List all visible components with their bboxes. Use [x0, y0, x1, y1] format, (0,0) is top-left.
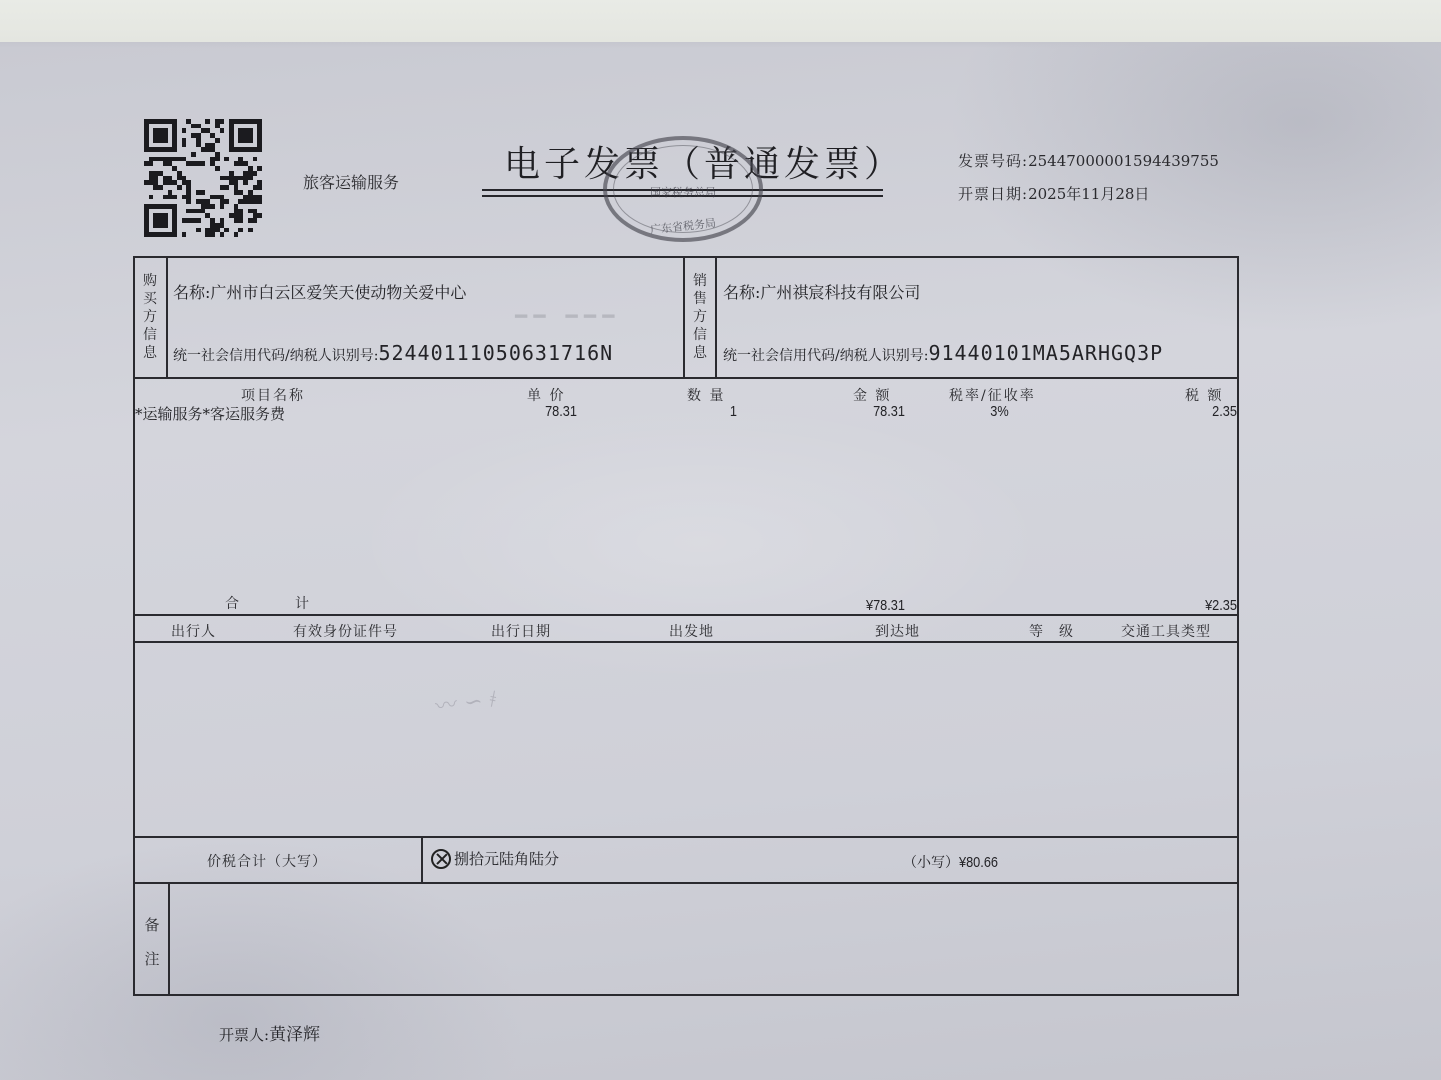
issuer-label: 开票人: [219, 1026, 269, 1044]
label-char: 方 [685, 308, 715, 326]
travel-header-travel-date: 出行日期 [491, 621, 551, 641]
col-header-unit-price: 单 价 [527, 385, 565, 405]
travel-header-id-number: 有效身份证件号 [293, 621, 398, 641]
grand-total-lowercase: （小写）¥80.66 [903, 852, 1005, 872]
label-char: 买 [135, 290, 165, 308]
label-char: 注 [137, 942, 167, 976]
divider [135, 836, 1237, 838]
grand-total-lowercase-label: （小写） [903, 855, 959, 871]
grand-total-uppercase-value: 捌拾元陆角陆分 [454, 850, 559, 868]
item-quantity: 1 [667, 403, 737, 420]
seal-text-top: 国家税务总局 [607, 184, 759, 200]
label-char: 购 [135, 272, 165, 290]
divider [135, 614, 1237, 616]
buyer-tax-id-label: 统一社会信用代码/纳税人识别号: [173, 348, 378, 364]
invoice-date-value: 2025年11月28日 [1028, 185, 1149, 203]
travel-header-vehicle-type: 交通工具类型 [1121, 621, 1211, 641]
travel-header-origin: 出发地 [669, 621, 714, 641]
buyer-name: 名称:广州市白云区爱笑天使动物关爱中心 [173, 280, 466, 303]
travel-header-passenger: 出行人 [171, 621, 216, 641]
col-header-amount: 金 额 [853, 385, 891, 405]
label-char: 售 [685, 290, 715, 308]
buyer-name-label: 名称: [173, 283, 210, 302]
label-char: 方 [135, 308, 165, 326]
col-header-tax-rate: 税率/征收率 [949, 385, 1036, 405]
seller-name-label: 名称: [723, 283, 760, 302]
qr-code [144, 119, 262, 237]
grand-total-uppercase: 捌拾元陆角陆分 [431, 848, 559, 869]
item-unit-price: 78.31 [509, 403, 577, 420]
divider [135, 641, 1237, 643]
divider [421, 836, 423, 882]
grand-total-label: 价税合计（大写） [207, 851, 327, 871]
pencil-marks: 〰 ∽ ҂ [433, 682, 498, 721]
invoice-number: 发票号码:25447000001594439755 [958, 150, 1219, 171]
circle-x-icon [431, 849, 451, 869]
label-char: 备 [137, 908, 167, 942]
invoice-table: 购 买 方 信 息 名称:广州市白云区爱笑天使动物关爱中心 统一社会信用代码/纳… [133, 256, 1239, 996]
divider [135, 882, 1237, 884]
divider [135, 377, 1237, 379]
invoice-date-label: 开票日期: [958, 185, 1028, 203]
invoice-number-label: 发票号码: [958, 152, 1028, 170]
label-char: 息 [685, 344, 715, 362]
item-amount: 78.31 [837, 403, 905, 420]
tax-bureau-seal: 国家税务总局 广东省税务局 [603, 136, 763, 242]
seller-name: 名称:广州祺宸科技有限公司 [723, 280, 920, 303]
seller-section-label: 销 售 方 信 息 [685, 272, 715, 362]
total-tax: ¥2.35 [1150, 597, 1237, 614]
buyer-section-label: 购 买 方 信 息 [135, 272, 165, 362]
issuer: 开票人:黄泽辉 [219, 1020, 320, 1045]
invoice-number-value: 25447000001594439755 [1028, 152, 1219, 170]
buyer-tax-id-value: 52440111050631716N [378, 341, 613, 365]
seller-tax-id-value: 91440101MA5ARHGQ3P [928, 341, 1163, 365]
item-name: *运输服务*客运服务费 [135, 403, 285, 424]
seller-name-value: 广州祺宸科技有限公司 [760, 283, 920, 302]
bleed-through-text: ━ ━ ━ ━ ━ [515, 300, 614, 329]
label-char: 信 [685, 326, 715, 344]
total-amount: ¥78.31 [829, 597, 906, 614]
remarks-label: 备 注 [137, 908, 167, 976]
issuer-name: 黄泽辉 [269, 1025, 320, 1045]
label-char: 信 [135, 326, 165, 344]
item-tax: 2.35 [1167, 403, 1237, 420]
service-type: 旅客运输服务 [303, 170, 399, 193]
item-tax-rate: 3% [990, 403, 1008, 420]
col-header-tax: 税 额 [1185, 385, 1223, 405]
buyer-tax-id: 统一社会信用代码/纳税人识别号:52440111050631716N [173, 341, 613, 365]
divider [715, 258, 717, 379]
label-char: 息 [135, 344, 165, 362]
divider [168, 882, 170, 994]
invoice-date: 开票日期:2025年11月28日 [958, 183, 1149, 204]
col-header-item-name: 项目名称 [241, 385, 305, 405]
travel-header-destination: 到达地 [875, 621, 920, 641]
seller-tax-id-label: 统一社会信用代码/纳税人识别号: [723, 348, 928, 364]
grand-total-lowercase-value: ¥80.66 [959, 854, 998, 871]
seller-tax-id: 统一社会信用代码/纳税人识别号:91440101MA5ARHGQ3P [723, 341, 1163, 365]
total-label: 合 计 [225, 593, 309, 613]
divider [166, 258, 168, 379]
buyer-name-value: 广州市白云区爱笑天使动物关爱中心 [210, 283, 466, 302]
label-char: 销 [685, 272, 715, 290]
col-header-quantity: 数 量 [687, 385, 725, 405]
travel-header-class: 等 级 [1029, 621, 1074, 641]
